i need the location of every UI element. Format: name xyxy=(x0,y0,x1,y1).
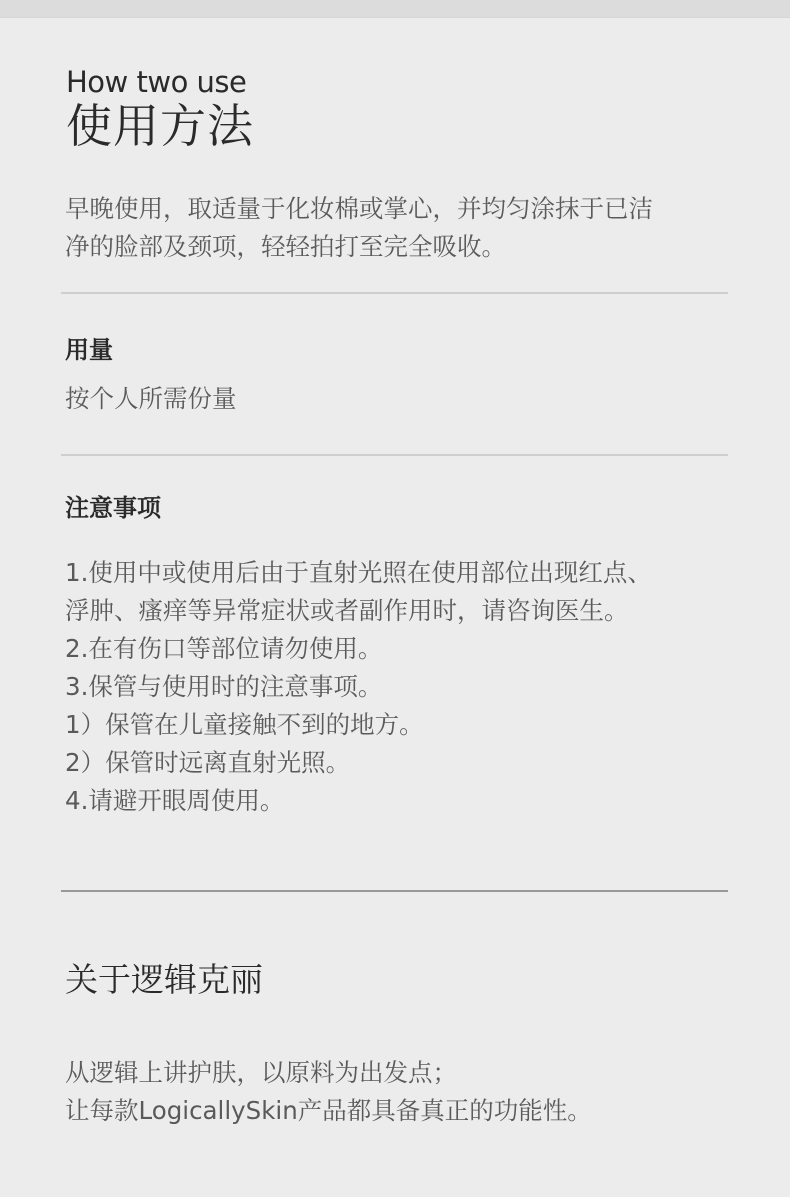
precaution-item: 2）保管时远离直射光照。 xyxy=(65,744,755,782)
precautions-heading: 注意事项 xyxy=(65,492,161,524)
about-title: 关于逻辑克丽 xyxy=(65,958,263,1002)
usage-line: 净的脸部及颈项，轻轻拍打至完全吸收。 xyxy=(65,228,745,266)
divider xyxy=(61,454,728,456)
precaution-item: 1.使用中或使用后由于直射光照在使用部位出现红点、 xyxy=(65,554,755,592)
english-title: How two use xyxy=(66,64,246,100)
about-description: 从逻辑上讲护肤，以原料为出发点； 让每款LogicallySkin产品都具备真正… xyxy=(65,1054,592,1130)
usage-line: 早晚使用，取适量于化妆棉或掌心，并均匀涂抹于已洁 xyxy=(65,190,745,228)
dosage-text: 按个人所需份量 xyxy=(65,380,237,418)
usage-instructions: 早晚使用，取适量于化妆棉或掌心，并均匀涂抹于已洁 净的脸部及颈项，轻轻拍打至完全… xyxy=(65,190,745,266)
about-line: 让每款LogicallySkin产品都具备真正的功能性。 xyxy=(65,1092,592,1130)
dosage-heading: 用量 xyxy=(65,334,113,366)
page-title: 使用方法 xyxy=(66,98,254,154)
top-strip xyxy=(0,0,790,18)
precaution-item: 3.保管与使用时的注意事项。 xyxy=(65,668,755,706)
precaution-item: 2.在有伤口等部位请勿使用。 xyxy=(65,630,755,668)
section-divider xyxy=(61,890,728,892)
precaution-item: 1）保管在儿童接触不到的地方。 xyxy=(65,706,755,744)
precaution-item: 4.请避开眼周使用。 xyxy=(65,782,755,820)
about-line: 从逻辑上讲护肤，以原料为出发点； xyxy=(65,1054,592,1092)
precaution-item: 浮肿、瘙痒等异常症状或者副作用时，请咨询医生。 xyxy=(65,592,755,630)
precautions-list: 1.使用中或使用后由于直射光照在使用部位出现红点、 浮肿、瘙痒等异常症状或者副作… xyxy=(65,554,755,820)
divider xyxy=(61,292,728,294)
